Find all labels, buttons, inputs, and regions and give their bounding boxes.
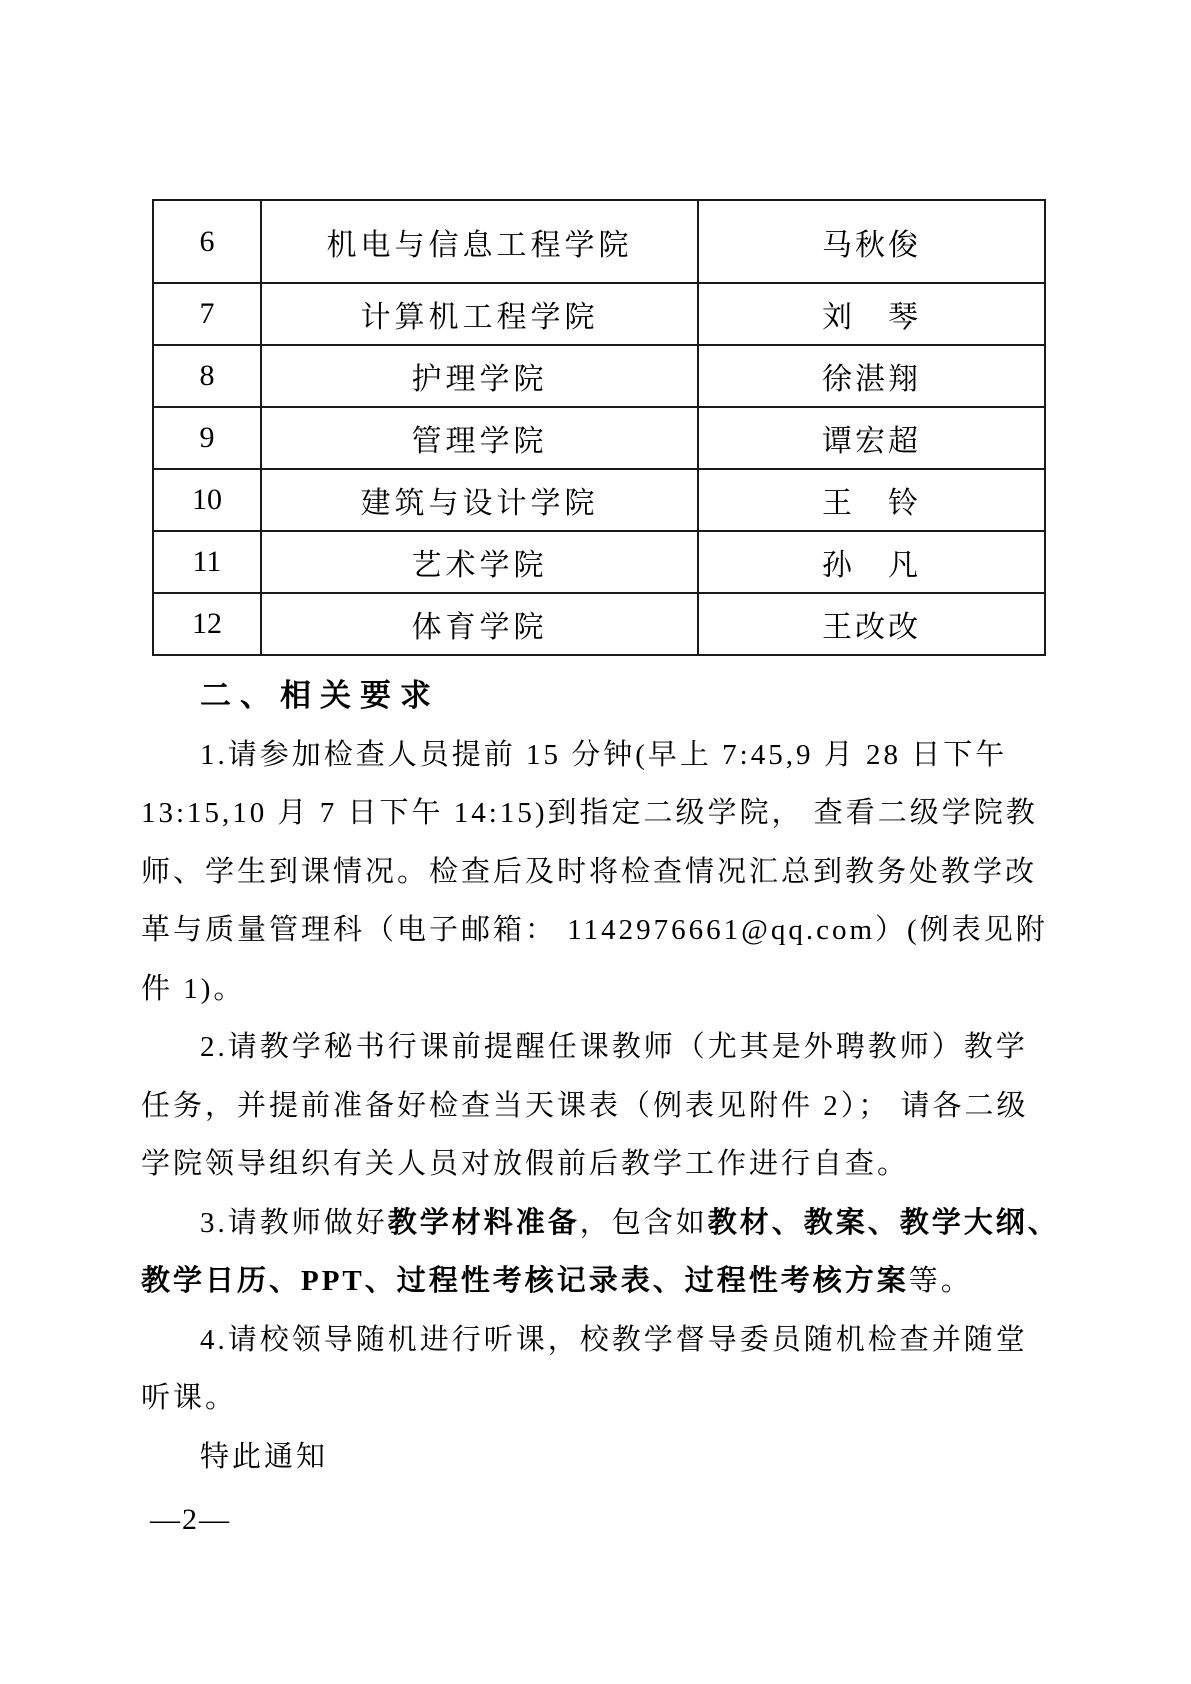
inspector-name-cell: 谭宏超 xyxy=(698,407,1045,469)
row-number-cell: 10 xyxy=(153,469,261,531)
college-name-cell: 护理学院 xyxy=(261,345,698,407)
text-run: 件 1)。 xyxy=(141,973,245,1005)
text-run: 13:15,10 月 7 日下午 14:15)到指定二级学院， 查看二级学院教 xyxy=(141,797,1038,829)
body-line: 教学日历、PPT、过程性考核记录表、过程性考核方案等。 xyxy=(141,1252,1044,1311)
text-run: 学院领导组织有关人员对放假前后教学工作进行自查。 xyxy=(141,1148,909,1180)
row-number-cell: 9 xyxy=(153,407,261,469)
inspector-name-cell: 马秋俊 xyxy=(698,200,1045,283)
row-number-cell: 8 xyxy=(153,345,261,407)
bold-text-run: 教材、教案、教学大纲、 xyxy=(708,1207,1060,1239)
bold-text-run: 教学日历、PPT、过程性考核记录表、过程性考核方案 xyxy=(141,1265,909,1297)
notice-body: 二、相关要求 1.请参加检查人员提前 15 分钟(早上 7:45,9 月 28 … xyxy=(141,667,1044,1486)
text-run: ，包含如 xyxy=(580,1207,708,1239)
body-line: 师、学生到课情况。检查后及时将检查情况汇总到教务处教学改 xyxy=(141,843,1044,902)
text-run: 2.请教学秘书行课前提醒任课教师（尤其是外聘教师）教学 xyxy=(200,1031,1028,1063)
table-row: 6机电与信息工程学院马秋俊 xyxy=(153,200,1045,283)
table-row: 7计算机工程学院刘 琴 xyxy=(153,283,1045,345)
inspection-assignment-table: 6机电与信息工程学院马秋俊7计算机工程学院刘 琴8护理学院徐湛翔9管理学院谭宏超… xyxy=(152,199,1046,656)
row-number-cell: 12 xyxy=(153,593,261,655)
college-name-cell: 体育学院 xyxy=(261,593,698,655)
bold-text-run: 教学材料准备 xyxy=(388,1207,580,1239)
body-line: 革与质量管理科（电子邮箱： 1142976661@qq.com）(例表见附 xyxy=(141,901,1044,960)
inspector-name-cell: 王 铃 xyxy=(698,469,1045,531)
body-line: 特此通知 xyxy=(141,1428,1044,1487)
text-run: 特此通知 xyxy=(200,1441,328,1473)
body-line: 3.请教师做好教学材料准备，包含如教材、教案、教学大纲、 xyxy=(141,1194,1044,1253)
row-number-cell: 11 xyxy=(153,531,261,593)
inspector-name-cell: 刘 琴 xyxy=(698,283,1045,345)
college-name-cell: 计算机工程学院 xyxy=(261,283,698,345)
inspector-name-cell: 王改改 xyxy=(698,593,1045,655)
document-page: 6机电与信息工程学院马秋俊7计算机工程学院刘 琴8护理学院徐湛翔9管理学院谭宏超… xyxy=(0,0,1191,1684)
table-row: 9管理学院谭宏超 xyxy=(153,407,1045,469)
college-name-cell: 艺术学院 xyxy=(261,531,698,593)
body-line: 任务，并提前准备好检查当天课表（例表见附件 2）； 请各二级 xyxy=(141,1077,1044,1136)
inspector-name-cell: 孙 凡 xyxy=(698,531,1045,593)
body-line: 13:15,10 月 7 日下午 14:15)到指定二级学院， 查看二级学院教 xyxy=(141,784,1044,843)
body-line: 件 1)。 xyxy=(141,960,1044,1019)
body-line: 学院领导组织有关人员对放假前后教学工作进行自查。 xyxy=(141,1135,1044,1194)
body-line: 1.请参加检查人员提前 15 分钟(早上 7:45,9 月 28 日下午 xyxy=(141,726,1044,785)
text-run: 1.请参加检查人员提前 15 分钟(早上 7:45,9 月 28 日下午 xyxy=(200,739,1007,771)
table-row: 11艺术学院孙 凡 xyxy=(153,531,1045,593)
college-name-cell: 管理学院 xyxy=(261,407,698,469)
text-run: 革与质量管理科（电子邮箱： 1142976661@qq.com）(例表见附 xyxy=(141,914,1048,946)
table-row: 8护理学院徐湛翔 xyxy=(153,345,1045,407)
text-run: 等。 xyxy=(909,1265,973,1297)
body-line: 4.请校领导随机进行听课，校教学督导委员随机检查并随堂 xyxy=(141,1311,1044,1370)
page-number: —2— xyxy=(150,1503,231,1537)
inspector-name-cell: 徐湛翔 xyxy=(698,345,1045,407)
body-line: 2.请教学秘书行课前提醒任课教师（尤其是外聘教师）教学 xyxy=(141,1018,1044,1077)
section-heading: 二、相关要求 xyxy=(141,667,1044,726)
row-number-cell: 6 xyxy=(153,200,261,283)
text-run: 师、学生到课情况。检查后及时将检查情况汇总到教务处教学改 xyxy=(141,856,1037,888)
table-row: 12体育学院王改改 xyxy=(153,593,1045,655)
text-run: 听课。 xyxy=(141,1382,237,1414)
body-lines-container: 1.请参加检查人员提前 15 分钟(早上 7:45,9 月 28 日下午13:1… xyxy=(141,726,1044,1487)
text-run: 任务，并提前准备好检查当天课表（例表见附件 2）； 请各二级 xyxy=(141,1090,1029,1122)
college-name-cell: 建筑与设计学院 xyxy=(261,469,698,531)
inspection-table-body: 6机电与信息工程学院马秋俊7计算机工程学院刘 琴8护理学院徐湛翔9管理学院谭宏超… xyxy=(153,200,1045,655)
college-name-cell: 机电与信息工程学院 xyxy=(261,200,698,283)
table-row: 10建筑与设计学院王 铃 xyxy=(153,469,1045,531)
text-run: 3.请教师做好 xyxy=(200,1207,388,1239)
text-run: 4.请校领导随机进行听课，校教学督导委员随机检查并随堂 xyxy=(200,1324,1028,1356)
body-line: 听课。 xyxy=(141,1369,1044,1428)
row-number-cell: 7 xyxy=(153,283,261,345)
